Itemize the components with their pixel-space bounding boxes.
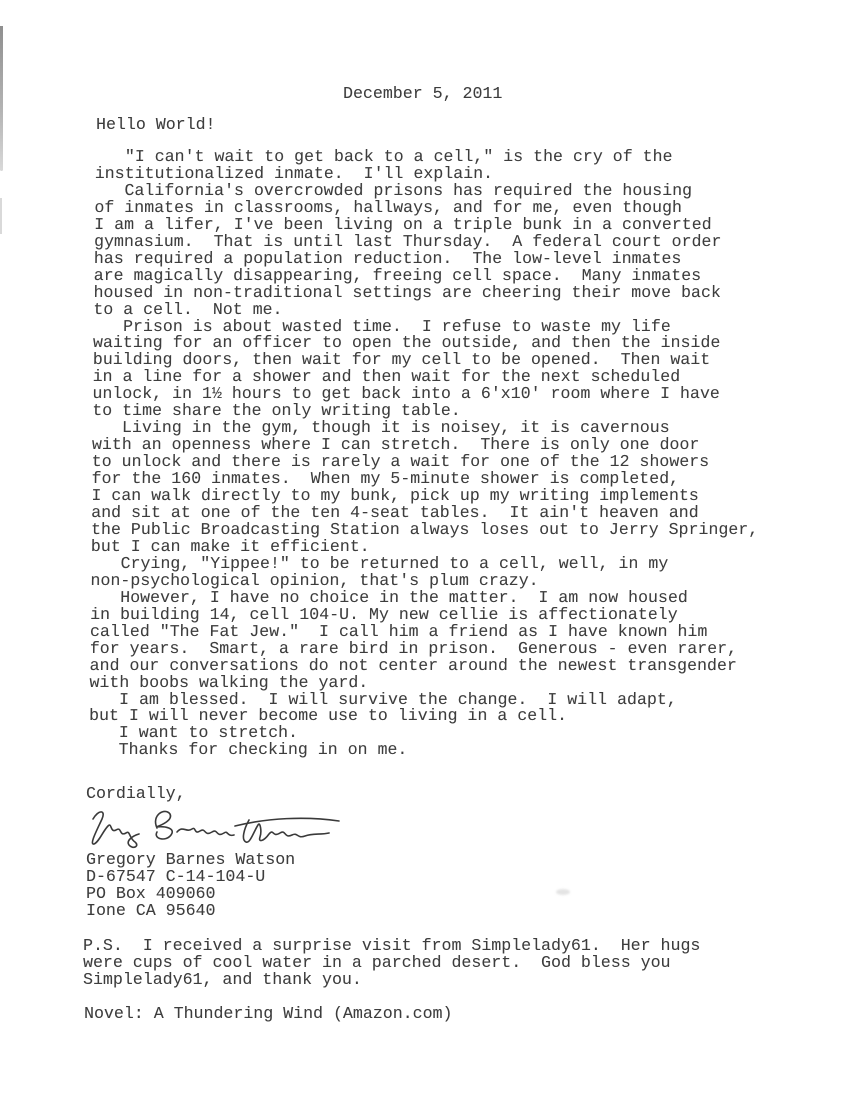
letter-closing: Cordially,	[86, 786, 186, 803]
postscript: P.S. I received a surprise visit from Si…	[83, 938, 700, 989]
novel-note: Novel: A Thundering Wind (Amazon.com)	[84, 1006, 452, 1023]
scan-smudge	[556, 889, 570, 895]
letter-salutation: Hello World!	[96, 117, 216, 134]
scanned-letter-page: December 5, 2011 Hello World! "I can't w…	[0, 0, 850, 1100]
sender-address-block: Gregory Barnes Watson D-67547 C-14-104-U…	[86, 852, 295, 920]
letter-body: "I can't wait to get back to a cell," is…	[89, 149, 763, 759]
scan-edge-artifact-lower	[0, 198, 2, 234]
letter-date: December 5, 2011	[343, 86, 502, 103]
scan-edge-artifact	[0, 26, 3, 171]
